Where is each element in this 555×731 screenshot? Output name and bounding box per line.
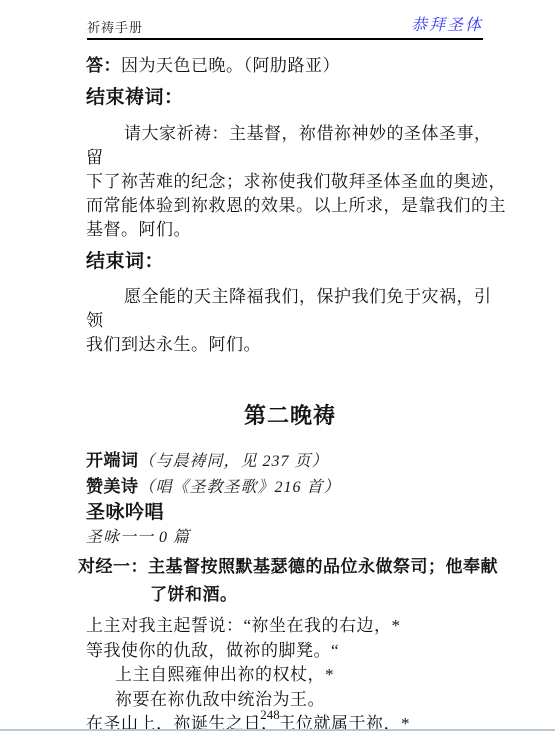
rubric-line: 圣咏吟唱 xyxy=(86,500,506,526)
antiphon-paragraph: 对经一：主基督按照默基瑟德的品位永做祭司；他奉献 了饼和酒。 xyxy=(78,553,506,609)
rubric-label: 圣咏吟唱 xyxy=(86,502,164,523)
closing-prayer-paragraph: 请大家祈祷：主基督，祢借祢神妙的圣体圣事，留 下了祢苦难的纪念；求祢使我们敬拜圣… xyxy=(86,122,506,242)
antiphon-line: 了饼和酒。 xyxy=(78,581,506,609)
page-body: 答：因为天色已晚。（阿肋路亚） 结束祷词： 请大家祈祷：主基督，祢借祢神妙的圣体… xyxy=(86,0,506,731)
paragraph-line: 基督。阿们。 xyxy=(86,218,506,242)
paragraph-line: 我们到达永生。阿们。 xyxy=(86,333,506,357)
response-line: 答：因为天色已晚。（阿肋路亚） xyxy=(86,54,506,78)
rubric-label: 开端词 xyxy=(86,451,139,470)
section-title: 第二晚祷 xyxy=(86,399,506,433)
closing-words-heading: 结束词： xyxy=(86,248,506,276)
page-footer: - 248 - xyxy=(0,706,540,724)
response-text: 因为天色已晚。（阿肋路亚） xyxy=(121,56,340,75)
verse-line: 上主对我主起誓说：“祢坐在我的右边，* xyxy=(86,614,506,639)
paragraph-line: 下了祢苦难的纪念；求祢使我们敬拜圣体圣血的奥迹， xyxy=(86,170,506,194)
closing-words-paragraph: 愿全能的天主降福我们，保护我们免于灾祸，引领 我们到达永生。阿们。 xyxy=(86,285,506,357)
antiphon-line: 对经一：主基督按照默基瑟德的品位永做祭司；他奉献 xyxy=(78,553,506,581)
verse-line: 等我使你的仇敌，做祢的脚凳。“ xyxy=(86,639,506,664)
psalm-caption: 圣咏一一 0 篇 xyxy=(86,526,506,550)
rubric-label: 赞美诗 xyxy=(86,477,139,496)
document-page: 祈祷手册 恭拜圣体 答：因为天色已晚。（阿肋路亚） 结束祷词： 请大家祈祷：主基… xyxy=(0,0,555,731)
rubric-note: （唱《圣教圣歌》216 首） xyxy=(139,479,341,496)
page-number: - 248 - xyxy=(253,707,288,722)
rubric-line: 开端词（与晨祷同，见 237 页） xyxy=(86,448,506,474)
rubric-line: 赞美诗（唱《圣教圣歌》216 首） xyxy=(86,474,506,500)
paragraph-line: 请大家祈祷：主基督，祢借祢神妙的圣体圣事，留 xyxy=(86,122,506,170)
paragraph-line: 而常能体验到祢救恩的效果。以上所求，是靠我们的主 xyxy=(86,194,506,218)
closing-prayer-heading: 结束祷词： xyxy=(86,84,506,112)
verse-line: 上主自熙雍伸出祢的权杖，* xyxy=(86,663,506,688)
rubric-note: （与晨祷同，见 237 页） xyxy=(139,453,329,470)
paragraph-line: 愿全能的天主降福我们，保护我们免于灾祸，引领 xyxy=(86,285,506,333)
response-label: 答： xyxy=(86,56,121,75)
